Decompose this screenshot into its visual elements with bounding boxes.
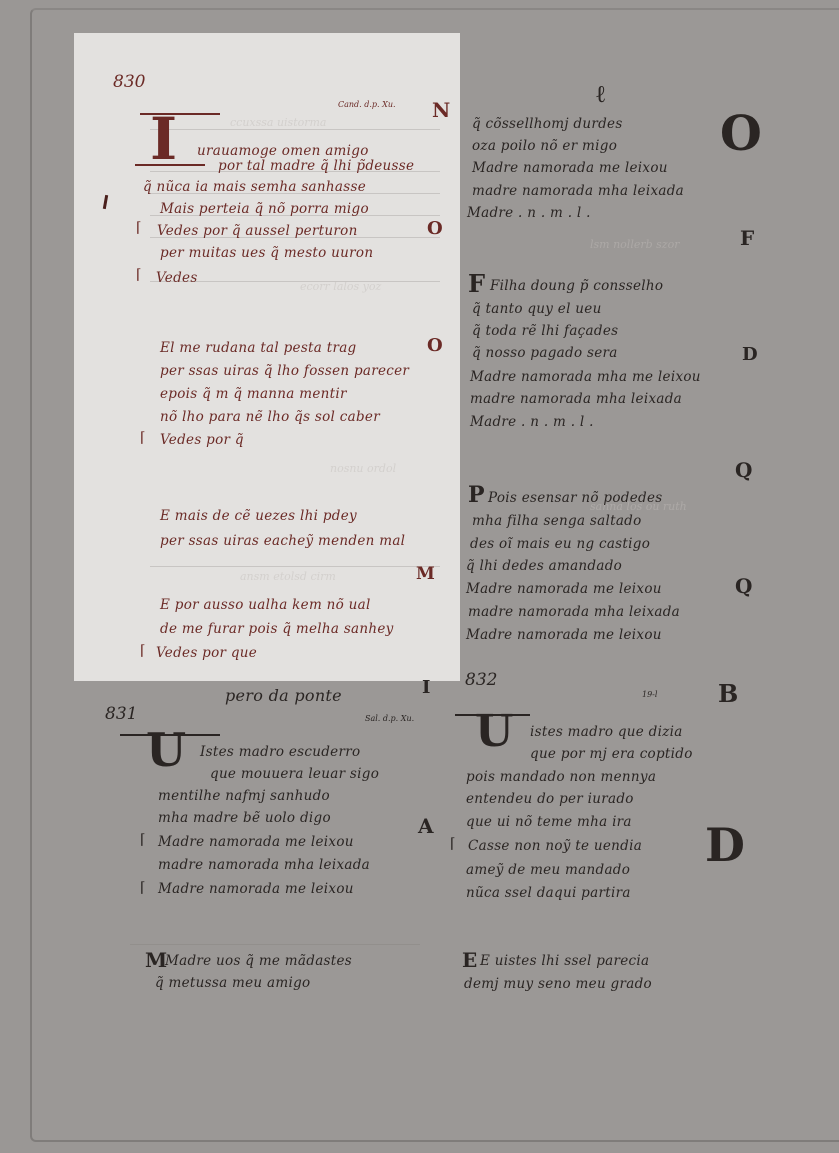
verse-line: Madre namorada mha me leixou [470, 369, 701, 385]
ruling-line [150, 129, 440, 130]
ruling-line [150, 566, 440, 567]
verse-line: Madre namorada me leixou [158, 881, 354, 897]
verse-line: madre namorada mha leixada [158, 857, 370, 873]
verse-line: per ssas uiras q̃ lho fossen parecer [160, 363, 409, 379]
verse-line: q̃ metussa meu amigo [155, 975, 310, 991]
decorated-initial: M [145, 950, 167, 970]
margin-guide-letter: O [427, 220, 443, 238]
verse-line: pois mandado non mennya [466, 769, 656, 785]
verse-line: per muitas ues q̃ mesto uuron [160, 245, 373, 261]
refrain-bracket: ⌈ [136, 267, 141, 283]
bleed-through-text: ccuxssa uistorma [230, 116, 327, 129]
verse-line: Vedes por que [156, 645, 257, 661]
verse-line: mha filha senga saltado [472, 513, 642, 529]
refrain-bracket: ⌈ [136, 220, 141, 236]
verse-line: nõ lho para nẽ lho q̃s sol caber [160, 409, 380, 425]
verse-line: mha madre bẽ uolo digo [158, 810, 331, 826]
verse-line: q̃ nosso pagado sera [472, 345, 618, 361]
verse-line: Istes madro escuderro [200, 744, 360, 760]
bleed-through-text: nosnu ordol [330, 462, 396, 475]
verse-line: q̃ tanto quy el ueu [472, 301, 602, 317]
refrain-bracket: ⌈ [140, 643, 145, 659]
bleed-through-text: lsm nollerb szor [590, 238, 679, 251]
verse-line: urauamoge omen amigo [197, 143, 369, 159]
bleed-through-text: ansm etolsd cirm [240, 570, 336, 583]
verse-line: Vedes [156, 270, 198, 286]
margin-guide-letter: O [720, 110, 762, 158]
decorated-initial: P [468, 484, 485, 506]
poem-annotation: Sal. d.p. Xu. [365, 714, 414, 723]
verse-line: mentilhe nafmj sanhudo [158, 788, 330, 804]
verse-line: El me rudana tal pesta trag [160, 340, 357, 356]
poem-number-832: 832 [465, 670, 497, 690]
poem-annotation: Cand. d.p. Xu. [338, 100, 396, 109]
verse-line: epois q̃ m q̃ manna mentir [160, 386, 347, 402]
verse-line: madre namorada mha leixada [470, 391, 682, 407]
verse-line: Vedes por q̃ aussel perturon [157, 223, 358, 239]
verse-line: Madre . n . m . l . [467, 205, 591, 221]
verse-line: que por mj era coptido [530, 746, 693, 762]
verse-line: Mais perteia q̃ nõ porra migo [160, 201, 369, 217]
poem-number-830: 830 [113, 72, 145, 92]
poem-annotation: 19-l [642, 690, 657, 699]
margin-guide-letter: O [427, 337, 443, 355]
margin-guide-letter: D [705, 822, 745, 868]
verse-line: Madre namorada me leixou [466, 581, 662, 597]
verse-line: de me furar pois q̃ melha sanhey [160, 621, 394, 637]
verse-line: E por ausso ualha kem nõ ual [160, 597, 371, 613]
verse-line: demj muy seno meu grado [464, 976, 652, 992]
margin-guide-letter: A [418, 816, 434, 836]
decorated-initial: I [150, 110, 177, 168]
margin-guide-letter: B [718, 682, 738, 706]
verse-line: des oĩ mais eu ng castigo [470, 536, 650, 552]
flourish: ℓ [595, 82, 607, 106]
verse-line: madre namorada mha leixada [468, 604, 680, 620]
verse-line: madre namorada mha leixada [472, 183, 684, 199]
margin-guide-letter: F [740, 228, 754, 248]
verse-line: q̃ cõssellhomj durdes [472, 116, 623, 132]
verse-line: ameỹ de meu mandado [466, 862, 630, 878]
refrain-bracket: ⌈ [450, 836, 455, 852]
verse-line: Casse non noỹ te uendia [468, 838, 642, 854]
verse-line: Pois esensar nõ podedes [488, 490, 663, 506]
verse-line: Madre namorada me leixou [466, 627, 662, 643]
verse-line: q̃ toda rẽ lhi façades [472, 323, 618, 339]
verse-line: nũca ssel daqui partira [466, 885, 631, 901]
verse-line: istes madro que dizia [530, 724, 683, 740]
verse-line: que ui nõ teme mha ira [466, 814, 632, 830]
author-attribution: pero da ponte [225, 686, 342, 705]
refrain-bracket: ⌈ [140, 430, 145, 446]
refrain-bracket: ⌈ [140, 832, 145, 848]
verse-line: por tal madre q̃ lhi p̃deusse [218, 158, 414, 174]
ruling-line [130, 944, 420, 945]
verse-line: E uistes lhi ssel parecia [480, 953, 649, 969]
initial-serif-stroke [140, 113, 220, 115]
margin-guide-letter: I [422, 679, 430, 697]
initial-serif-stroke [135, 164, 205, 166]
verse-line: Madre namorada me leixou [472, 160, 668, 176]
decorated-initial: U [475, 710, 513, 754]
verse-line: Vedes por q̃ [160, 432, 244, 448]
verse-line: Madre . n . m . l . [470, 414, 594, 430]
verse-line: entendeu do per iurado [466, 791, 634, 807]
decorated-initial: U [146, 727, 186, 773]
decorated-initial: F [468, 272, 485, 296]
verse-line: Madre namorada me leixou [158, 834, 354, 850]
margin-guide-letter: N [432, 100, 450, 120]
bleed-through-text: ecorr lalos yoz [300, 280, 381, 293]
verse-line: Filha doung p̃ consselho [490, 278, 663, 294]
verse-line: per ssas uiras eacheỹ menden mal [160, 533, 405, 549]
verse-line: que mouuera leuar sigo [210, 766, 379, 782]
verse-line: oza poilo nõ er migo [472, 138, 617, 154]
refrain-bracket: ⌈ [140, 880, 145, 896]
verse-line: q̃ lhi dedes amandado [466, 558, 622, 574]
margin-guide-letter: Q [735, 460, 752, 480]
verse-line: E mais de cẽ uezes lhi pdey [160, 508, 357, 524]
verse-line: Madre uos q̃ me mãdastes [165, 953, 352, 969]
highlighted-region [74, 33, 460, 681]
margin-guide-letter: M [416, 566, 435, 583]
verse-line: q̃ nũca ia mais semha sanhasse [143, 179, 366, 195]
margin-guide-letter: Q [735, 576, 752, 596]
decorated-initial: E [462, 950, 477, 970]
poem-number-831: 831 [105, 704, 137, 724]
margin-guide-letter: D [742, 346, 758, 364]
